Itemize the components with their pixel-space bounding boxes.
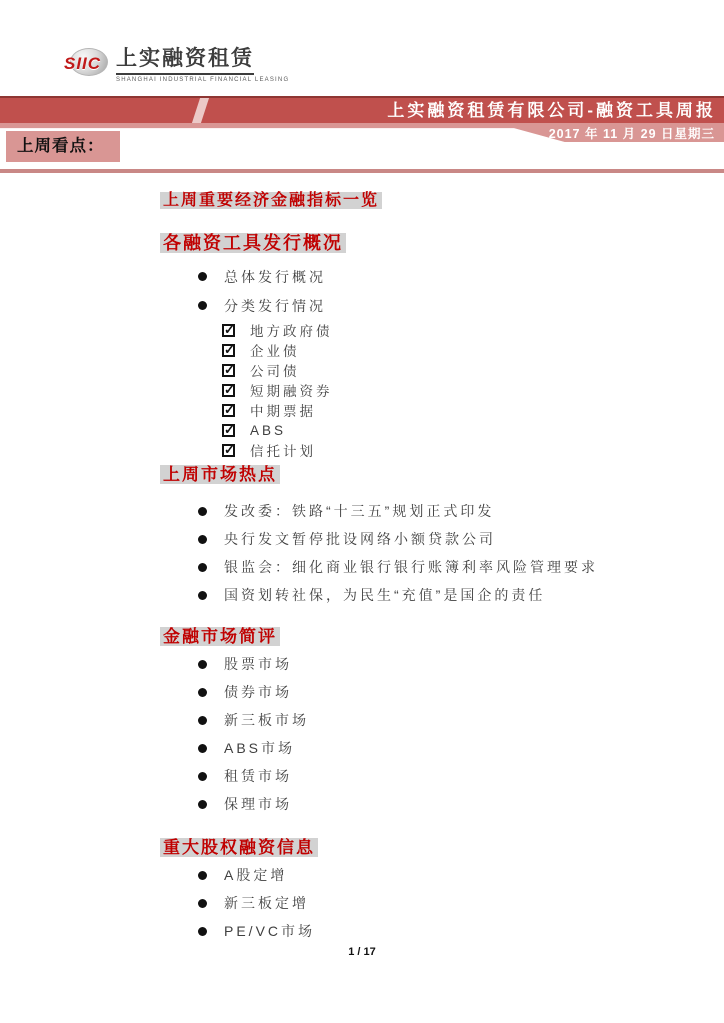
list-item-label: ABS市场 bbox=[224, 738, 295, 758]
list-item: ABS市场 bbox=[198, 734, 724, 762]
list-item: A股定增 bbox=[198, 861, 724, 889]
list-item-label: PE/VC市场 bbox=[224, 921, 315, 941]
list-item-label: 央行发文暂停批设网络小额贷款公司 bbox=[224, 529, 496, 549]
checked-checkbox-icon bbox=[222, 344, 235, 357]
bullet-icon bbox=[198, 660, 207, 669]
bullet-icon bbox=[198, 591, 207, 600]
list-item: 股票市场 bbox=[198, 650, 724, 678]
check-item-label: 企业债 bbox=[250, 340, 300, 360]
bullet-icon bbox=[198, 772, 207, 781]
check-item: 企业债 bbox=[222, 340, 724, 360]
section-heading-market-hotspots: 上周市场热点 bbox=[160, 463, 724, 487]
bullet-icon bbox=[198, 272, 207, 281]
company-logo: SIIC 上实融资租赁 SHANGHAI INDUSTRIAL FINANCIA… bbox=[66, 42, 289, 83]
check-item: 短期融资券 bbox=[222, 380, 724, 400]
list-item-label: A股定增 bbox=[224, 865, 287, 885]
toc-content: 上周重要经济金融指标一览 各融资工具发行概况 总体发行概况 分类发行情况 地方政… bbox=[0, 173, 724, 945]
list-item-label: 银监会：细化商业银行银行账簿利率风险管理要求 bbox=[224, 557, 598, 577]
bullet-icon bbox=[198, 563, 207, 572]
list-item: 央行发文暂停批设网络小额贷款公司 bbox=[198, 525, 724, 553]
checked-checkbox-icon bbox=[222, 324, 235, 337]
list-item-label: 总体发行概况 bbox=[224, 267, 326, 287]
bullet-icon bbox=[198, 301, 207, 310]
check-item: 信托计划 bbox=[222, 440, 724, 460]
bullet-icon bbox=[198, 899, 207, 908]
list-item-label: 保理市场 bbox=[224, 794, 292, 814]
bullet-icon bbox=[198, 688, 207, 697]
report-date: 2017 年 11 月 29 日星期三 bbox=[549, 124, 715, 142]
company-name-english: SHANGHAI INDUSTRIAL FINANCIAL LEASING bbox=[116, 77, 289, 83]
title-banner: 上实融资租赁有限公司-融资工具周报 bbox=[0, 96, 724, 123]
list-item: 保理市场 bbox=[198, 790, 724, 818]
check-item: 中期票据 bbox=[222, 400, 724, 420]
bullet-icon bbox=[198, 716, 207, 725]
list-item-label: 租赁市场 bbox=[224, 766, 292, 786]
list-item-label: 分类发行情况 bbox=[224, 296, 326, 316]
siic-globe-icon: SIIC bbox=[66, 48, 110, 78]
check-item-label: 地方政府债 bbox=[250, 320, 333, 340]
logo-text: 上实融资租赁 SHANGHAI INDUSTRIAL FINANCIAL LEA… bbox=[116, 42, 289, 83]
list-item: 分类发行情况 bbox=[198, 291, 724, 320]
checked-checkbox-icon bbox=[222, 444, 235, 457]
list-item: 国资划转社保，为民生“充值”是国企的责任 bbox=[198, 581, 724, 609]
list-item: 债券市场 bbox=[198, 678, 724, 706]
page-number: 1 / 17 bbox=[0, 946, 724, 958]
heading-text: 重大股权融资信息 bbox=[160, 838, 318, 857]
report-page: SIIC 上实融资租赁 SHANGHAI INDUSTRIAL FINANCIA… bbox=[0, 0, 724, 1023]
check-item-label: 短期融资券 bbox=[250, 380, 333, 400]
slash-decoration-icon bbox=[192, 98, 209, 123]
check-item-label: ABS bbox=[250, 423, 286, 438]
list-item-label: 新三板市场 bbox=[224, 710, 309, 730]
bullet-icon bbox=[198, 800, 207, 809]
list-item: 发改委：铁路“十三五”规划正式印发 bbox=[198, 497, 724, 525]
list-item-label: 新三板定增 bbox=[224, 893, 309, 913]
list-item: 新三板市场 bbox=[198, 706, 724, 734]
check-item-label: 信托计划 bbox=[250, 440, 316, 460]
list-item: 总体发行概况 bbox=[198, 262, 724, 291]
company-name: 上实融资租赁 bbox=[116, 42, 254, 75]
bullet-icon bbox=[198, 535, 207, 544]
heading-text: 各融资工具发行概况 bbox=[160, 233, 346, 253]
list-item-label: 国资划转社保，为民生“充值”是国企的责任 bbox=[224, 585, 545, 605]
list-item-label: 发改委：铁路“十三五”规划正式印发 bbox=[224, 501, 494, 521]
checked-checkbox-icon bbox=[222, 384, 235, 397]
heading-text: 上周重要经济金融指标一览 bbox=[160, 192, 382, 209]
list-item: PE/VC市场 bbox=[198, 917, 724, 945]
check-item: 公司债 bbox=[222, 360, 724, 380]
section-heading-issuance: 各融资工具发行概况 bbox=[160, 230, 724, 256]
section-heading-indicators: 上周重要经济金融指标一览 bbox=[160, 190, 724, 212]
section-heading-equity-financing: 重大股权融资信息 bbox=[160, 836, 724, 860]
check-item-label: 公司债 bbox=[250, 360, 300, 380]
check-item-label: 中期票据 bbox=[250, 400, 316, 420]
checked-checkbox-icon bbox=[222, 364, 235, 377]
checked-checkbox-icon bbox=[222, 404, 235, 417]
highlights-label: 上周看点： bbox=[6, 131, 120, 162]
bullet-icon bbox=[198, 507, 207, 516]
list-item: 银监会：细化商业银行银行账簿利率风险管理要求 bbox=[198, 553, 724, 581]
heading-text: 上周市场热点 bbox=[160, 465, 280, 484]
check-item: 地方政府债 bbox=[222, 320, 724, 340]
bullet-icon bbox=[198, 927, 207, 936]
list-item: 租赁市场 bbox=[198, 762, 724, 790]
report-title: 上实融资租赁有限公司-融资工具周报 bbox=[387, 98, 716, 123]
heading-text: 金融市场简评 bbox=[160, 627, 280, 646]
siic-wordmark: SIIC bbox=[64, 54, 101, 74]
section-heading-market-commentary: 金融市场简评 bbox=[160, 625, 724, 649]
bullet-icon bbox=[198, 744, 207, 753]
check-item: ABS bbox=[222, 420, 724, 440]
list-item-label: 股票市场 bbox=[224, 654, 292, 674]
checked-checkbox-icon bbox=[222, 424, 235, 437]
list-item-label: 债券市场 bbox=[224, 682, 292, 702]
bullet-icon bbox=[198, 871, 207, 880]
list-item: 新三板定增 bbox=[198, 889, 724, 917]
